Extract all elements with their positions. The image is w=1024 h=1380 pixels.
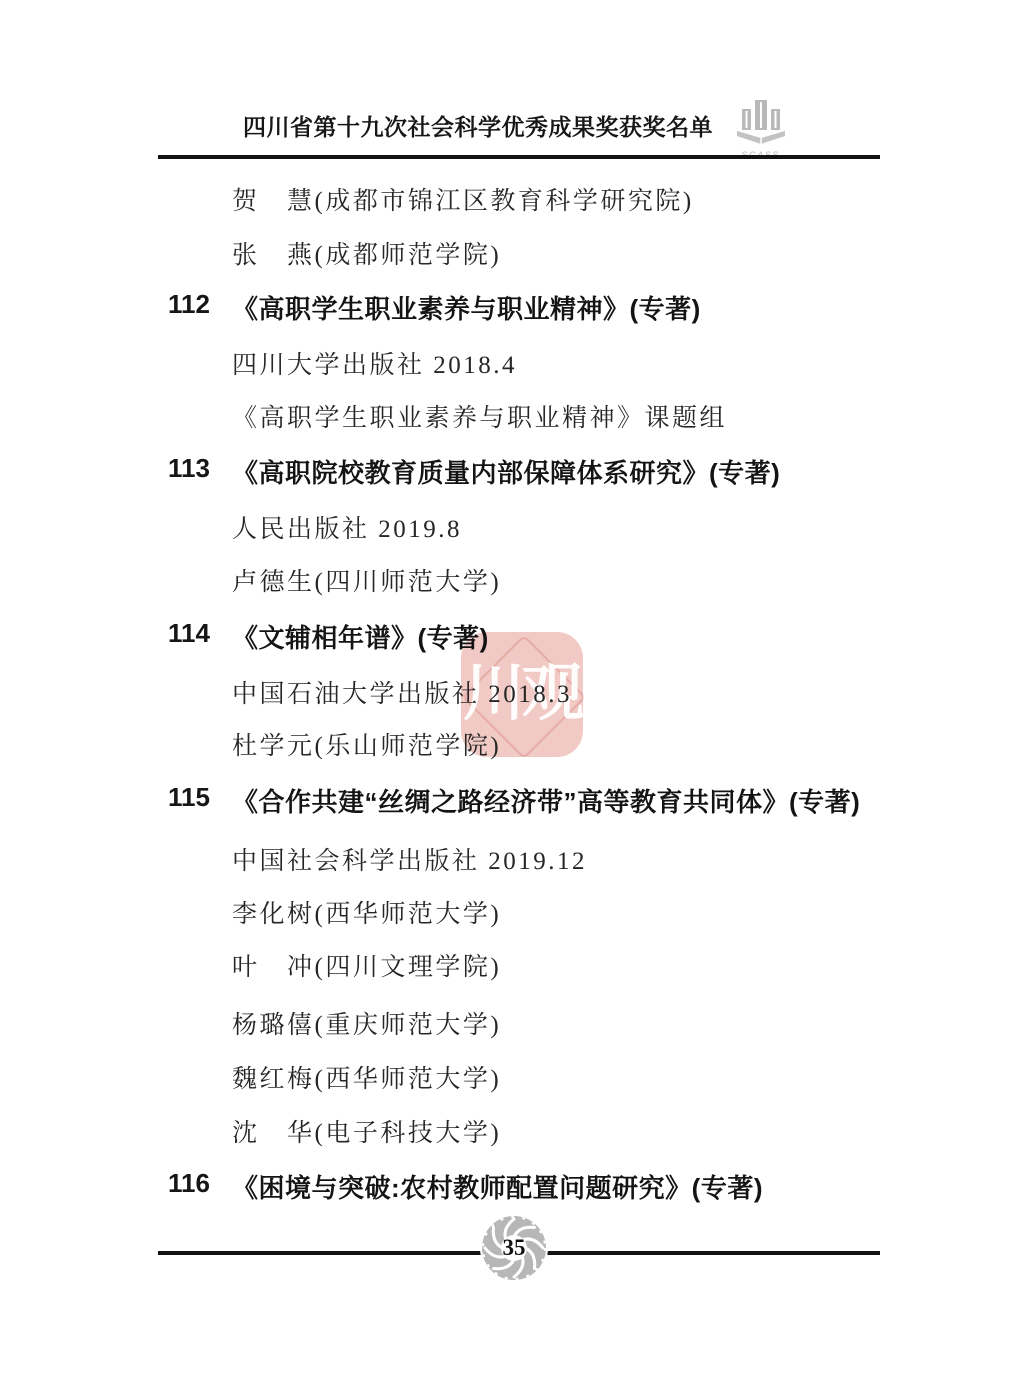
header-rule (158, 155, 880, 159)
page-number-medallion: 35 (479, 1213, 549, 1283)
publisher-text: 中国社会科学出版社 2019.12 (232, 841, 587, 877)
author-text: 贺 慧(成都市锦江区教育科学研究院) (232, 181, 694, 217)
sgass-building-book-icon (734, 96, 788, 144)
entry-number: 113 (168, 453, 210, 484)
author-text: 叶 冲(四川文理学院) (232, 947, 501, 983)
publisher-text: 四川大学出版社 2018.4 (232, 345, 517, 381)
author-text: 杜学元(乐山师范学院) (232, 726, 501, 762)
page-title: 四川省第十九次社会科学优秀成果奖获奖名单 (243, 109, 713, 142)
entry-number: 116 (168, 1168, 210, 1199)
publisher-text: 人民出版社 2019.8 (232, 509, 462, 545)
author-text: 魏红梅(西华师范大学) (232, 1059, 501, 1095)
entry-title: 《文辅相年谱》(专著) (232, 618, 489, 655)
publisher-text: 中国石油大学出版社 2018.3 (232, 674, 572, 710)
entry-title: 《合作共建“丝绸之路经济带”高等教育共同体》(专著) (232, 782, 860, 819)
document-page: 四川省第十九次社会科学优秀成果奖获奖名单 SGASS 贺 慧(成都市锦江区教育科… (0, 0, 1024, 1380)
author-text: 沈 华(电子科技大学) (232, 1113, 501, 1149)
author-text: 杨璐僖(重庆师范大学) (232, 1005, 501, 1041)
entry-number: 112 (168, 289, 210, 320)
entry-title: 《高职院校教育质量内部保障体系研究》(专著) (232, 453, 780, 490)
author-text: 张 燕(成都师范学院) (232, 235, 501, 271)
entry-title: 《高职学生职业素养与职业精神》(专著) (232, 289, 701, 326)
author-text: 《高职学生职业素养与职业精神》课题组 (232, 398, 727, 434)
entry-number: 114 (168, 618, 210, 649)
sgass-logo: SGASS (734, 96, 788, 160)
author-text: 李化树(西华师范大学) (232, 894, 501, 930)
author-text: 卢德生(四川师范大学) (232, 562, 501, 598)
entry-title: 《困境与突破:农村教师配置问题研究》(专著) (232, 1168, 763, 1205)
entry-number: 115 (168, 782, 210, 813)
page-number: 35 (479, 1213, 549, 1283)
